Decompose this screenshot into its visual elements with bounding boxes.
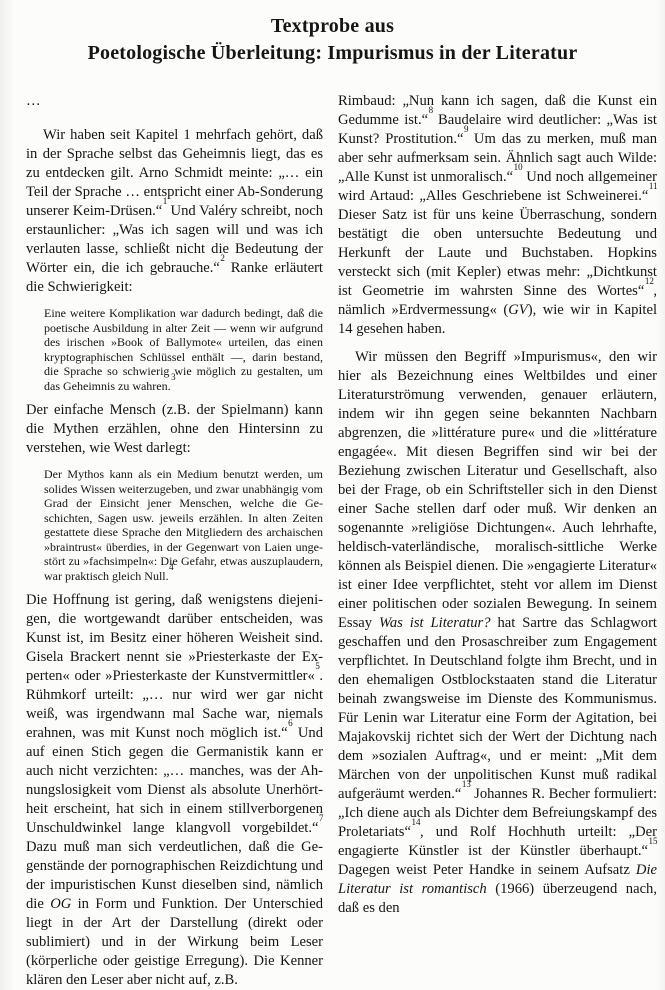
text-run: in Form und Funktion. Der Unterschied li… <box>26 896 323 988</box>
footnote-ref: 15 <box>649 836 658 846</box>
paragraph: Wir müssen den Begriff »Impurismus«, den… <box>338 348 657 918</box>
blockquote: Eine weitere Komplikation war dadurch be… <box>44 306 323 393</box>
document-page: Textprobe aus Poetologische Überleitung:… <box>0 0 665 990</box>
footnote-ref: 8 <box>429 105 434 115</box>
two-column-body: …Wir haben seit Kapitel 1 mehrfach gehör… <box>26 92 665 990</box>
paragraph: Die Hoffnung ist gering, daß wenigstens … <box>26 591 323 990</box>
text-run: Und auf einen Stich gegen die Germanisti… <box>26 725 323 836</box>
page-title-line-1: Textprobe aus <box>0 13 665 40</box>
footnote-ref: 9 <box>464 124 469 134</box>
footnote-ref: 2 <box>220 253 225 263</box>
ellipsis-line: … <box>26 92 323 111</box>
footnote-ref: 3 <box>171 372 176 382</box>
footnote-ref: 4 <box>169 562 174 572</box>
document-header: Textprobe aus Poetologische Überleitung:… <box>0 0 665 67</box>
text-run: Wir müssen den Begriff »Impurismus«, den… <box>338 349 657 631</box>
left-column: …Wir haben seit Kapitel 1 mehrfach gehör… <box>26 92 323 990</box>
footnote-ref: 6 <box>288 718 293 728</box>
footnote-ref: 14 <box>411 817 420 827</box>
page-title-line-2: Poetologische Überleitung: Impurismus in… <box>0 40 665 67</box>
text-run: Die Hoffnung ist gering, daß wenigstens … <box>26 592 323 684</box>
footnote-ref: 7 <box>319 813 324 823</box>
footnote-ref: 1 <box>163 196 168 206</box>
text-run: GV <box>508 302 527 318</box>
text-run: Eine weitere Komplikation war dadurch be… <box>44 306 323 393</box>
paragraph: Der einfache Mensch (z.B. der Spielmann)… <box>26 401 323 458</box>
text-run: … <box>26 93 42 109</box>
right-column: Rimbaud: „Nun kann ich sagen, daß die Ku… <box>338 92 657 990</box>
footnote-ref: 10 <box>514 162 523 172</box>
text-run: Der einfache Mensch (z.B. der Spielmann)… <box>26 402 323 456</box>
paragraph: Rimbaud: „Nun kann ich sagen, daß die Ku… <box>338 92 657 339</box>
footnote-ref: 5 <box>315 661 320 671</box>
text-run: Dagegen weist Peter Handke in seinem Auf… <box>338 862 636 878</box>
paragraph: Wir haben seit Kapitel 1 mehrfach gehört… <box>26 126 323 297</box>
footnote-ref: 11 <box>649 181 658 191</box>
text-run: Was ist Literatur? <box>379 615 491 631</box>
text-run: hat Sartre das Schlagwort geschaffen und… <box>338 615 657 802</box>
blockquote: Der Mythos kann als ein Medium benutzt w… <box>44 467 323 583</box>
text-run: Der Mythos kann als ein Medium benutzt w… <box>44 467 323 583</box>
footnote-ref: 12 <box>645 276 654 286</box>
footnote-ref: 13 <box>462 779 471 789</box>
text-run: OG <box>50 896 71 912</box>
text-run: Dieser Satz ist für uns keine Überraschu… <box>338 207 657 299</box>
